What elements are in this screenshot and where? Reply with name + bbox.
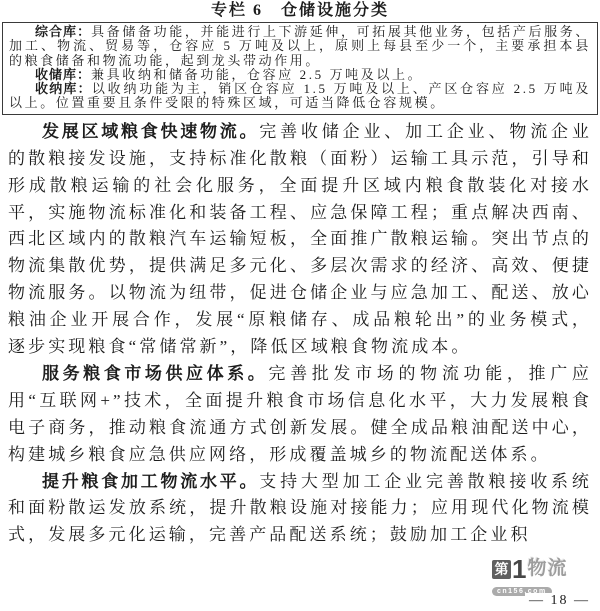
document-page: 专栏 6 仓储设施分类 综合库：具备储备功能，并能进行上下游延伸，可拓展其他业务… [0, 0, 600, 611]
paragraph-lead: 发展区域粮食快速物流。 [42, 122, 259, 141]
box-term: 收纳库： [35, 81, 92, 96]
paragraph-lead: 服务粮食市场供应体系。 [42, 364, 268, 383]
watermark-badge-icon: 第 [492, 560, 511, 579]
box-item-storage: 收储库：兼具收纳和储备功能，仓容应 2.5 万吨及以上。 [9, 68, 591, 82]
box-item-comprehensive: 综合库：具备储备功能，并能进行上下游延伸，可拓展其他业务，包括产后服务、加工、物… [9, 25, 591, 68]
box-desc: 兼具收纳和储备功能，仓容应 2.5 万吨及以上。 [91, 67, 423, 82]
paragraph-text: 完善收储企业、加工企业、物流企业的散粮接发设施，支持标准化散粮（面粉）运输工具示… [8, 122, 592, 356]
classification-box: 综合库：具备储备功能，并能进行上下游延伸，可拓展其他业务，包括产后服务、加工、物… [2, 22, 598, 115]
box-desc: 具备储备功能，并能进行上下游延伸，可拓展其他业务，包括产后服务、加工、物流、贸易… [9, 24, 591, 68]
box-term: 综合库： [35, 24, 91, 39]
page-title: 专栏 6 仓储设施分类 [0, 2, 600, 19]
box-desc: 以收纳功能为主，销区仓容应 1.5 万吨及以上、产区仓容应 2.5 万吨及以上。… [9, 81, 591, 110]
paragraph-market-supply: 服务粮食市场供应体系。完善批发市场的物流功能，推广应用“互联网+”技术，全面提升… [8, 361, 592, 469]
watermark-logo: 第 1 物流 cn156.com [492, 558, 592, 598]
page-number: — 18 — [525, 593, 590, 609]
paragraph-processing-logistics: 提升粮食加工物流水平。支持大型加工企业完善散粮接收系统和面粉散运发放系统，提升散… [8, 469, 592, 550]
document-body: 发展区域粮食快速物流。完善收储企业、加工企业、物流企业的散粮接发设施，支持标准化… [8, 119, 592, 550]
watermark-row: 第 1 物流 [492, 558, 592, 580]
box-item-collection: 收纳库：以收纳功能为主，销区仓容应 1.5 万吨及以上、产区仓容应 2.5 万吨… [9, 82, 591, 111]
paragraph-regional-logistics: 发展区域粮食快速物流。完善收储企业、加工企业、物流企业的散粮接发设施，支持标准化… [8, 119, 592, 361]
watermark-wordmark: 物流 [527, 558, 567, 580]
paragraph-lead: 提升粮食加工物流水平。 [42, 472, 259, 491]
watermark-number: 1 [512, 558, 526, 580]
box-term: 收储库： [35, 67, 91, 82]
